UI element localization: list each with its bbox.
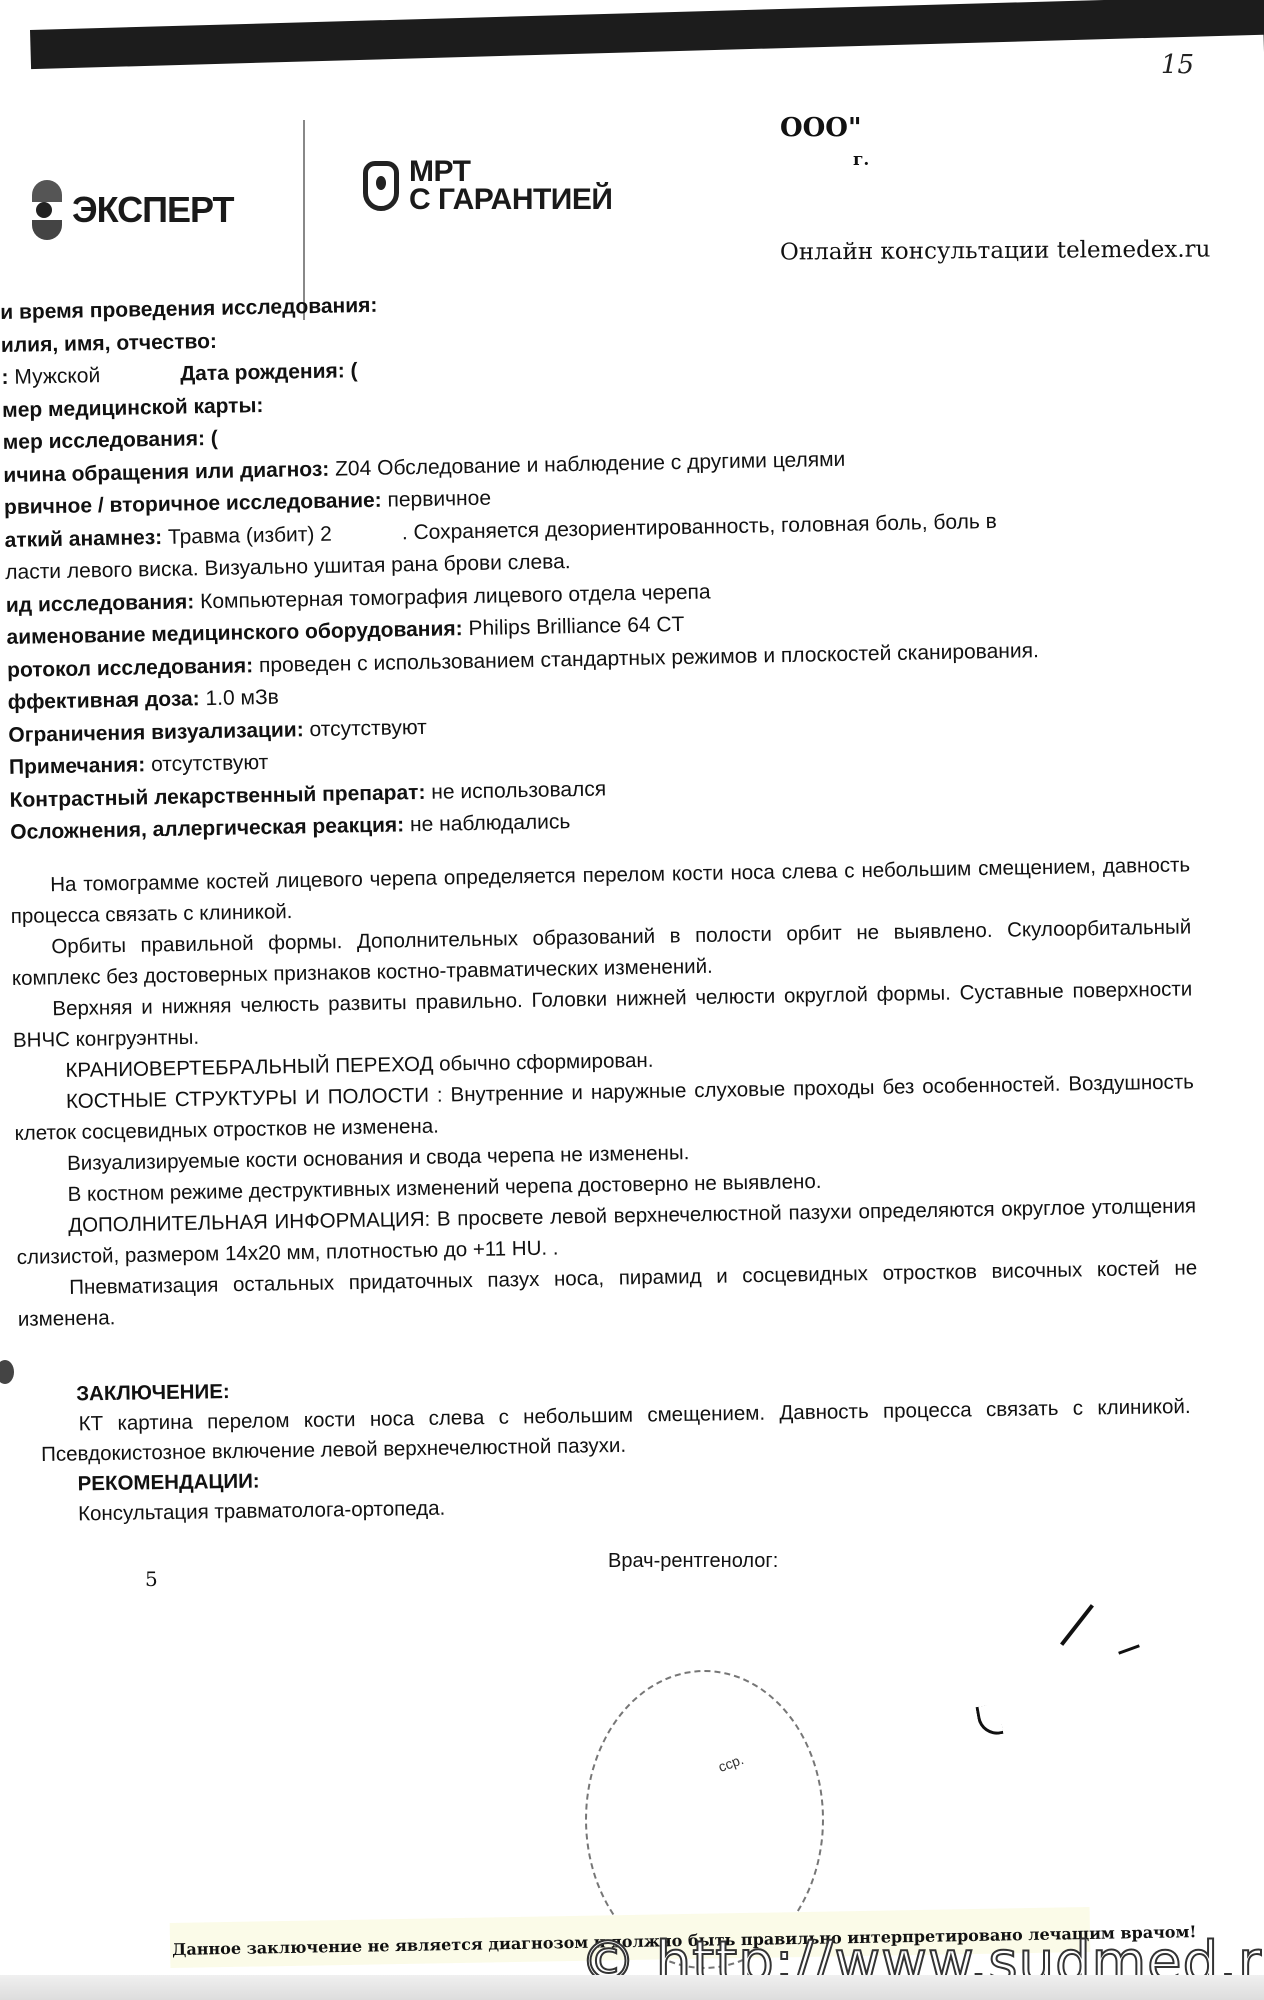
online-consult-link: Онлайн консультации telemedex.ru (780, 236, 1211, 265)
footer-mark: 5 (145, 1567, 158, 1591)
signature-stroke (1060, 1604, 1094, 1646)
expert-logo-icon (28, 180, 64, 240)
signature-stroke (975, 1703, 1003, 1738)
conclusion-section: ЗАКЛЮЧЕНИЕ: КТ картина перелом кости нос… (40, 1362, 1192, 1530)
shield-icon (363, 161, 399, 211)
org-city: г. (853, 150, 869, 170)
handwritten-page-mark: 15 (1161, 50, 1194, 80)
scan-bottom-edge (0, 1975, 1264, 2000)
patient-fields: и время проведения исследования: илия, и… (0, 274, 1264, 851)
logo-expert-text: ЭКСПЕРТ (72, 189, 234, 231)
logo-mrt-line2: С ГАРАНТИЕЙ (409, 186, 612, 214)
org-name: ООО" (780, 113, 862, 143)
punch-hole-mark (0, 1360, 14, 1384)
signature-stroke (1118, 1644, 1140, 1654)
findings: На томограмме костей лицевого черепа опр… (10, 849, 1198, 1335)
logo-expert: ЭКСПЕРТ (28, 180, 234, 240)
header-divider (303, 120, 305, 320)
logo-mrt-line1: МРТ (409, 158, 612, 186)
doctor-signature-label: Врач-рентгенолог: (608, 1550, 778, 1573)
logo-mrt: МРТ С ГАРАНТИЕЙ (363, 158, 612, 214)
